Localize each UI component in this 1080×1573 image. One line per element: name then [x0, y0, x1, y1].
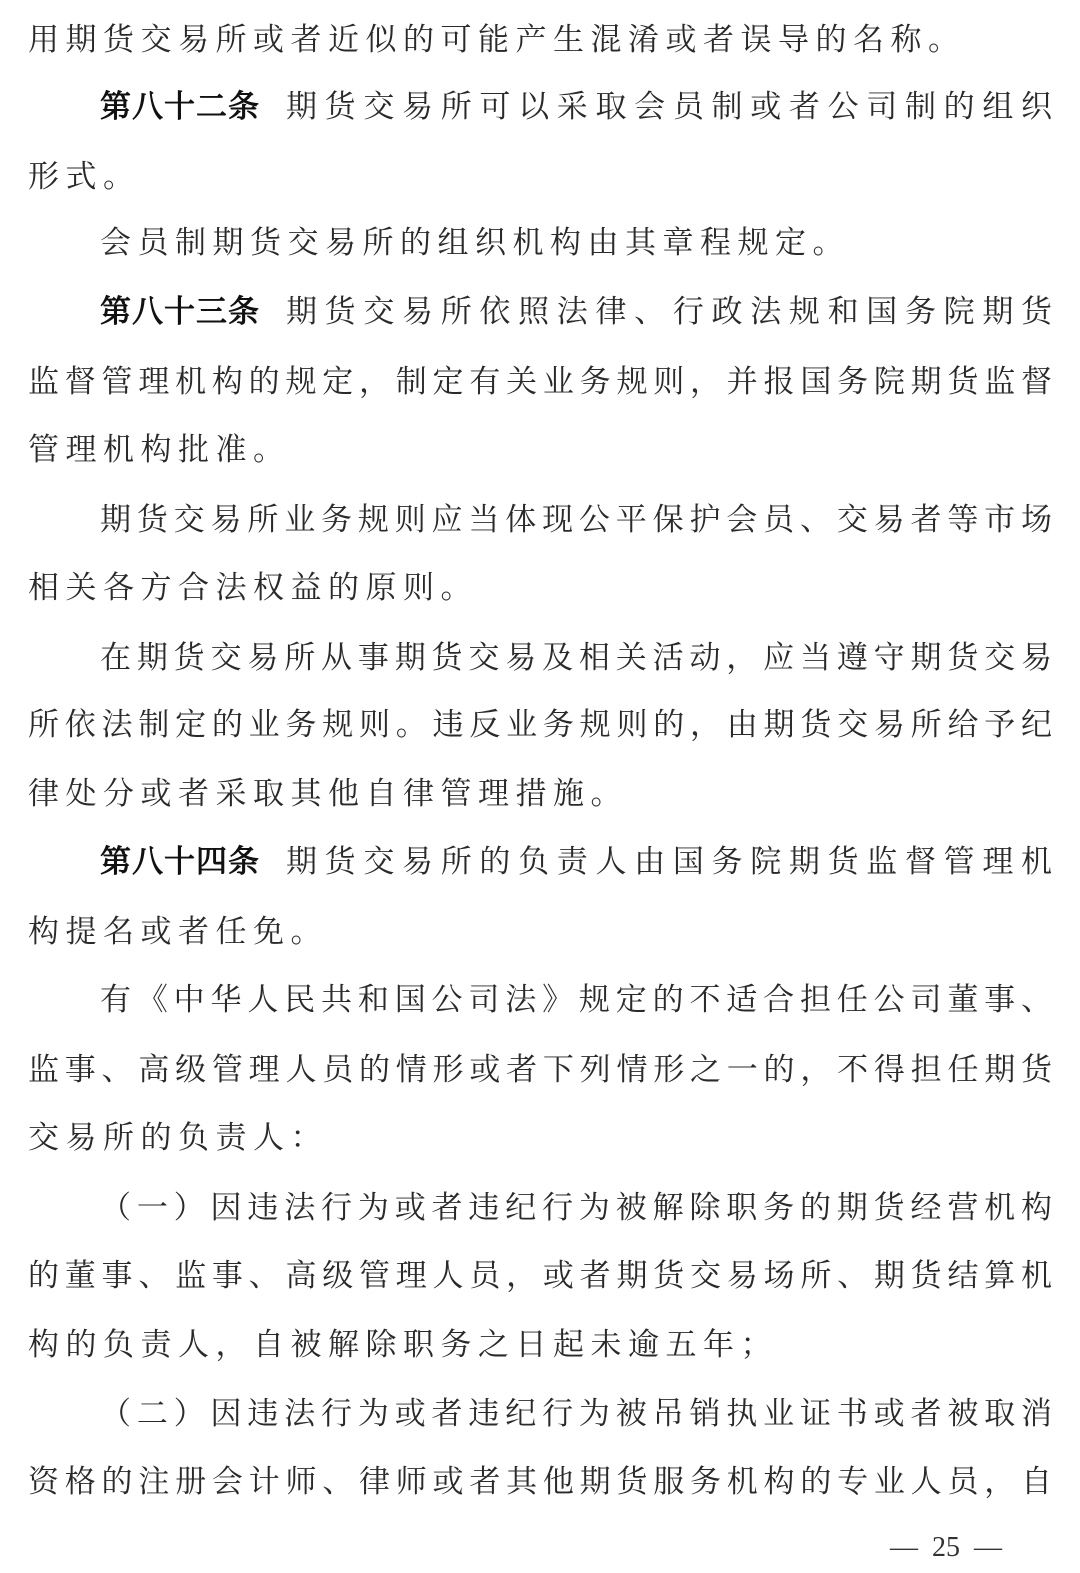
text-line-1: 用期货交易所或者近似的可能产生混淆或者误导的名称。 [28, 17, 1052, 63]
text-line-3: 形式。 [28, 154, 1052, 200]
article-number: 第八十二条 [100, 89, 260, 125]
line-text: 在期货交易所从事期货交易及相关活动，应当遵守期货交易 [100, 640, 1058, 676]
text-line-20: 构的负责人，自被解除职务之日起未逾五年； [28, 1322, 1052, 1368]
text-line-16: 监事、高级管理人员的情形或者下列情形之一的，不得担任期货 [28, 1047, 1052, 1093]
text-line-17: 交易所的负责人： [28, 1115, 1052, 1161]
line-text: 形式。 [28, 159, 141, 195]
line-text: 构提名或者任免。 [28, 914, 328, 950]
text-line-12: 律处分或者采取其他自律管理措施。 [28, 771, 1052, 817]
line-text: 所依法制定的业务规则。违反业务规则的，由期货交易所给予纪 [28, 707, 1058, 743]
paragraph-start-line: 在期货交易所从事期货交易及相关活动，应当遵守期货交易 [100, 635, 1052, 681]
paragraph-start-line: 有《中华人民共和国公司法》规定的不适合担任公司董事、 [100, 977, 1052, 1023]
line-text: 有《中华人民共和国公司法》规定的不适合担任公司董事、 [100, 982, 1058, 1018]
article-number: 第八十四条 [100, 844, 260, 880]
line-text: （二）因违法行为或者违纪行为被吊销执业证书或者被取消 [100, 1396, 1058, 1432]
list-item-2-start-line: （二）因违法行为或者违纪行为被吊销执业证书或者被取消 [100, 1391, 1052, 1437]
text-line-7: 管理机构批准。 [28, 427, 1052, 473]
article-83-heading-line: 第八十三条期货交易所依照法律、行政法规和国务院期货 [100, 289, 1052, 335]
line-text: 相关各方合法权益的原则。 [28, 570, 478, 606]
line-text: 的董事、监事、高级管理人员，或者期货交易场所、期货结算机 [28, 1258, 1058, 1294]
line-text: 律处分或者采取其他自律管理措施。 [28, 776, 628, 812]
line-text: 监事、高级管理人员的情形或者下列情形之一的，不得担任期货 [28, 1052, 1058, 1088]
line-text: 期货交易所的负责人由国务院期货监督管理机 [286, 844, 1060, 880]
article-82-heading-line: 第八十二条期货交易所可以采取会员制或者公司制的组织 [100, 84, 1052, 130]
paragraph-start-line: 期货交易所业务规则应当体现公平保护会员、交易者等市场 [100, 497, 1052, 543]
text-line-11: 所依法制定的业务规则。违反业务规则的，由期货交易所给予纪 [28, 702, 1052, 748]
line-text: 用期货交易所或者近似的可能产生混淆或者误导的名称。 [28, 22, 966, 58]
line-text: 期货交易所业务规则应当体现公平保护会员、交易者等市场 [100, 502, 1058, 538]
paragraph-start-line: 会员制期货交易所的组织机构由其章程规定。 [100, 220, 1052, 266]
line-text: 资格的注册会计师、律师或者其他期货服务机构的专业人员，自 [28, 1464, 1058, 1500]
article-84-heading-line: 第八十四条期货交易所的负责人由国务院期货监督管理机 [100, 839, 1052, 885]
line-text: 期货交易所依照法律、行政法规和国务院期货 [286, 294, 1060, 330]
text-line-6: 监督管理机构的规定，制定有关业务规则，并报国务院期货监督 [28, 359, 1052, 405]
list-item-1-start-line: （一）因违法行为或者违纪行为被解除职务的期货经营机构 [100, 1185, 1052, 1231]
line-text: 构的负责人，自被解除职务之日起未逾五年； [28, 1327, 778, 1363]
page-number: — 25 — [890, 1530, 1002, 1566]
line-text: （一）因违法行为或者违纪行为被解除职务的期货经营机构 [100, 1190, 1058, 1226]
article-number: 第八十三条 [100, 294, 260, 330]
text-line-9: 相关各方合法权益的原则。 [28, 565, 1052, 611]
text-line-14: 构提名或者任免。 [28, 909, 1052, 955]
line-text: 交易所的负责人： [28, 1120, 328, 1156]
line-text: 监督管理机构的规定，制定有关业务规则，并报国务院期货监督 [28, 364, 1058, 400]
text-line-22: 资格的注册会计师、律师或者其他期货服务机构的专业人员，自 [28, 1459, 1052, 1505]
line-text: 管理机构批准。 [28, 432, 291, 468]
line-text: 会员制期货交易所的组织机构由其章程规定。 [100, 225, 850, 261]
line-text: 期货交易所可以采取会员制或者公司制的组织 [286, 89, 1060, 125]
text-line-19: 的董事、监事、高级管理人员，或者期货交易场所、期货结算机 [28, 1253, 1052, 1299]
